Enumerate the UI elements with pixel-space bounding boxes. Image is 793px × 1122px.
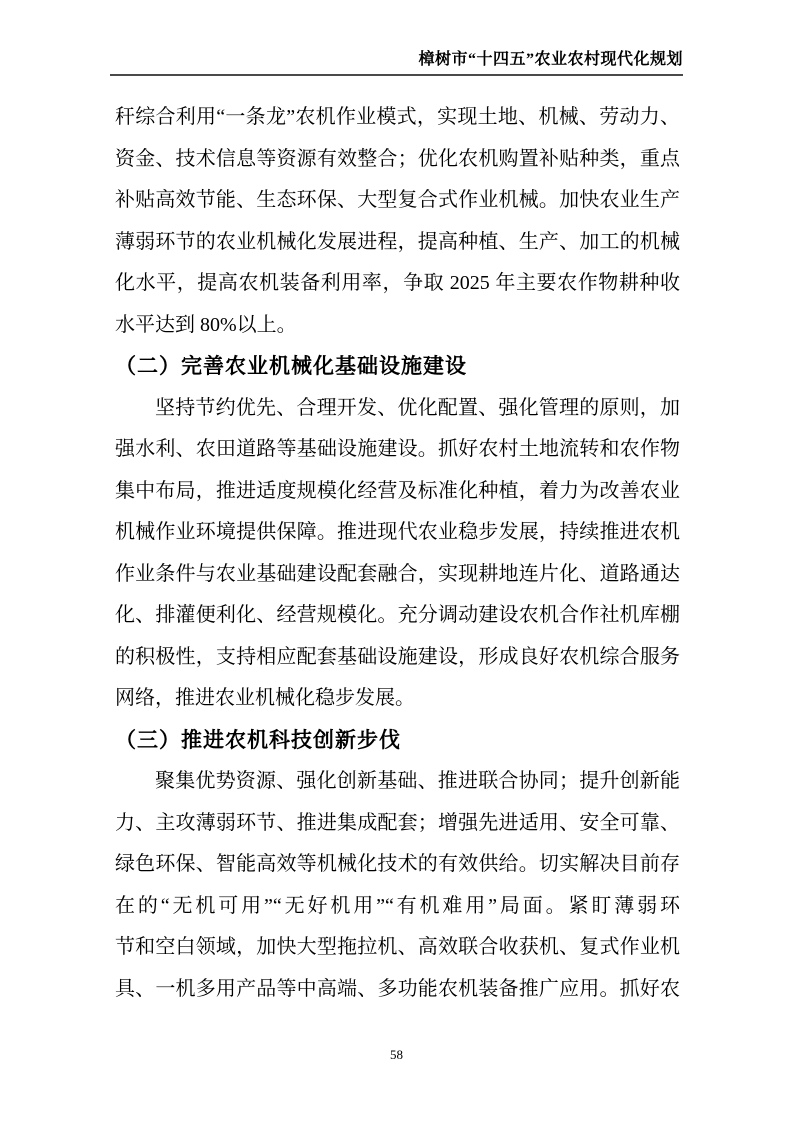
- paragraph-line: 聚集优势资源、强化创新基础、推进联合协同；提升创新能: [115, 761, 680, 803]
- paragraph-line: 化、排灌便利化、经营规模化。充分调动建设农机合作社机库棚: [115, 595, 680, 637]
- paragraph-line: 水平达到 80%以上。: [115, 305, 680, 347]
- paragraph-line: 的积极性，支持相应配套基础设施建设，形成良好农机综合服务: [115, 637, 680, 679]
- paragraph-line: 集中布局，推进适度规模化经营及标准化种植，着力为改善农业: [115, 471, 680, 513]
- paragraph-line: 作业条件与农业基础建设配套融合，实现耕地连片化、道路通达: [115, 554, 680, 596]
- paragraph-3: 聚集优势资源、强化创新基础、推进联合协同；提升创新能 力、主攻薄弱环节、推进集成…: [115, 761, 680, 1010]
- page-header: 樟树市“十四五”农业农村现代化规划: [110, 50, 683, 76]
- paragraph-line: 力、主攻薄弱环节、推进集成配套；增强先进适用、安全可靠、: [115, 803, 680, 845]
- page-number: 58: [390, 1047, 403, 1062]
- paragraph-line: 具、一机多用产品等中高端、多功能农机装备推广应用。抓好农: [115, 969, 680, 1011]
- paragraph-line: 化水平，提高农机装备利用率，争取 2025 年主要农作物耕种收: [115, 263, 680, 305]
- paragraph-line: 秆综合利用“一条龙”农机作业模式，实现土地、机械、劳动力、: [115, 97, 680, 139]
- paragraph-line: 在的“无机可用”“无好机用”“有机难用”局面。紧盯薄弱环: [115, 886, 680, 928]
- paragraph-2: 坚持节约优先、合理开发、优化配置、强化管理的原则，加 强水利、农田道路等基础设施…: [115, 388, 680, 720]
- page-footer: 58: [0, 1046, 793, 1064]
- header-title: 樟树市“十四五”农业农村现代化规划: [110, 50, 683, 70]
- paragraph-line: 薄弱环节的农业机械化发展进程，提高种植、生产、加工的机械: [115, 222, 680, 264]
- paragraph-line: 机械作业环境提供保障。推进现代农业稳步发展，持续推进农机: [115, 512, 680, 554]
- section-heading-tech-innovation: （三）推进农机科技创新步伐: [115, 720, 680, 762]
- paragraph-line: 补贴高效节能、生态环保、大型复合式作业机械。加快农业生产: [115, 180, 680, 222]
- document-page: 樟树市“十四五”农业农村现代化规划 秆综合利用“一条龙”农机作业模式，实现土地、…: [0, 0, 793, 1122]
- paragraph-line: 坚持节约优先、合理开发、优化配置、强化管理的原则，加: [115, 388, 680, 430]
- document-body: 秆综合利用“一条龙”农机作业模式，实现土地、机械、劳动力、 资金、技术信息等资源…: [115, 97, 680, 1010]
- paragraph-line: 节和空白领域，加快大型拖拉机、高效联合收获机、复式作业机: [115, 927, 680, 969]
- paragraph-line: 网络，推进农业机械化稳步发展。: [115, 678, 680, 720]
- paragraph-line: 强水利、农田道路等基础设施建设。抓好农村土地流转和农作物: [115, 429, 680, 471]
- paragraph-line: 绿色环保、智能高效等机械化技术的有效供给。切实解决目前存: [115, 844, 680, 886]
- section-heading-improve-infrastructure: （二）完善农业机械化基础设施建设: [115, 346, 680, 388]
- paragraph-1: 秆综合利用“一条龙”农机作业模式，实现土地、机械、劳动力、 资金、技术信息等资源…: [115, 97, 680, 346]
- paragraph-line: 资金、技术信息等资源有效整合；优化农机购置补贴种类，重点: [115, 139, 680, 181]
